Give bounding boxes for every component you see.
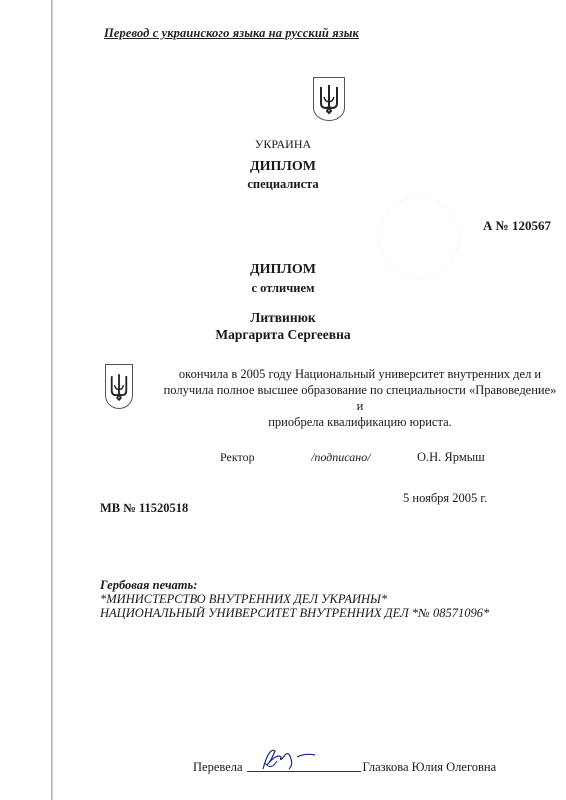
body-line: получила полное высшее образование по сп…: [160, 382, 560, 414]
issue-date: 5 ноября 2005 г.: [403, 491, 487, 506]
signatory-role: Ректор: [220, 450, 255, 465]
diploma-title: ДИПЛОМ: [0, 159, 566, 175]
seal-line-1: *МИНИСТЕРСТВО ВНУТРЕННИХ ДЕЛ УКРАИНЫ*: [100, 592, 387, 607]
translation-note: Перевод с украинского языка на русский я…: [104, 26, 359, 41]
diploma-title-second: ДИПЛОМ: [0, 262, 566, 278]
seal-line-2: НАЦИОНАЛЬНЫЙ УНИВЕРСИТЕТ ВНУТРЕННИХ ДЕЛ …: [100, 606, 489, 621]
graduate-surname: Литвинюк: [0, 310, 566, 326]
registration-number: МВ № 11520518: [100, 501, 188, 516]
seal-label: Гербовая печать:: [100, 578, 197, 593]
country-name: УКРАИНА: [0, 137, 566, 152]
honors-label: с отличием: [0, 281, 566, 296]
translator-label: Перевела: [193, 760, 243, 775]
scan-edge-line: [51, 0, 53, 800]
signatory-name: О.Н. Ярмыш: [417, 450, 485, 465]
signature-line: [247, 757, 361, 772]
diploma-subtitle: специалиста: [0, 177, 566, 192]
ukraine-trident-icon: [313, 77, 345, 121]
translator-signature-row: Перевела Глазкова Юлия Олеговна: [193, 757, 496, 775]
signed-mark: /подписано/: [311, 450, 371, 465]
diploma-body-text: окончила в 2005 году Национальный универ…: [160, 366, 560, 430]
handwritten-signature-icon: [255, 743, 325, 773]
serial-number: А № 120567: [483, 218, 551, 234]
body-line: приобрела квалификацию юриста.: [160, 414, 560, 430]
body-line: окончила в 2005 году Национальный универ…: [160, 366, 560, 382]
graduate-given-names: Маргарита Сергеевна: [0, 327, 566, 343]
translator-name: Глазкова Юлия Олеговна: [363, 760, 497, 775]
ukraine-trident-icon: [105, 364, 133, 409]
